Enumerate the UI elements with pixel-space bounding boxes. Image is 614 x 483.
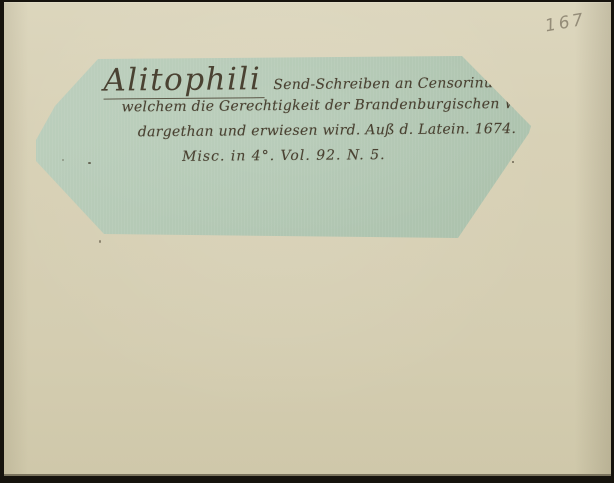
catalog-label: Alitophili Send-Schreiben an Censorinum,…: [34, 54, 534, 242]
label-line-3: dargethan und erwiesen wird. Auß d. Late…: [138, 122, 516, 139]
label-handwriting: Alitophili Send-Schreiben an Censorinum,…: [33, 52, 535, 244]
scanned-page: { "document": { "folio_number": "167", "…: [0, 0, 614, 483]
label-line-2: welchem die Gerechtigkeit der Brandenbur…: [122, 97, 561, 115]
ink-speck: [88, 162, 91, 164]
ink-speck: [99, 240, 101, 243]
folio-number: 167: [544, 12, 588, 36]
label-line-1: Alitophili Send-Schreiben an Censorinum,…: [103, 62, 530, 100]
ink-speck: [62, 159, 64, 161]
ink-speck: [512, 161, 514, 163]
label-line-4: Misc. in 4°. Vol. 92. N. 5.: [182, 148, 386, 164]
label-title: Alitophili: [103, 64, 264, 99]
